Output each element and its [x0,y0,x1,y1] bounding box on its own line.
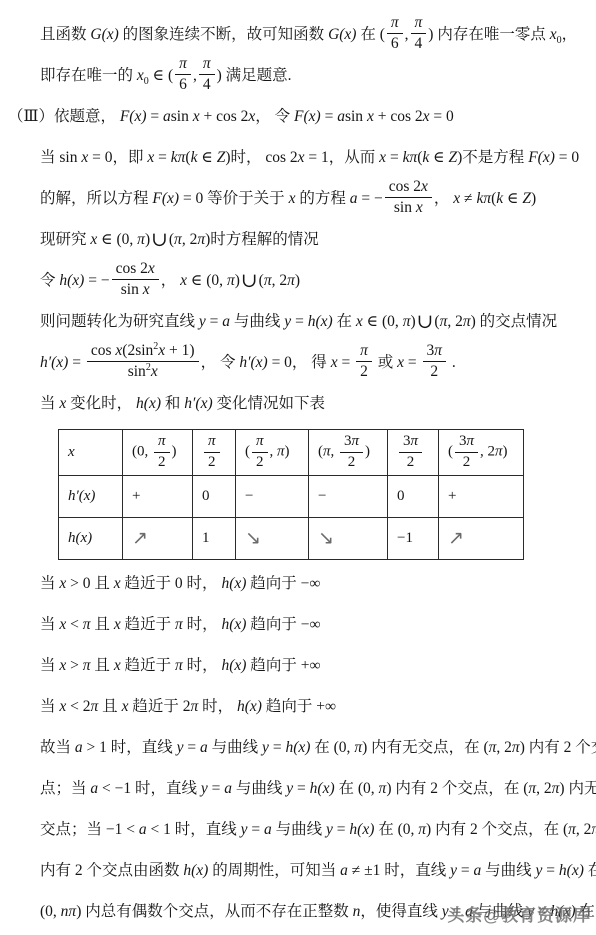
text: < −1 时，直线 [98,780,201,797]
text: 3 [344,433,352,449]
denominator: 2 [356,362,372,381]
math-variable: x [356,313,363,330]
math-variable: F(x) [528,149,555,166]
text: = − [84,272,109,289]
text: 2 [430,363,438,380]
text: = [542,862,559,879]
math-variable: h(x) [559,862,584,879]
table-cell: ↘ [309,517,388,559]
line-study-domain: 现研究 x ∈ (0, π)∪(π, 2π)时方程解的情况 [40,219,584,260]
text: （Ⅲ）依题意， [8,108,120,125]
line-limit-pi-left: 当 x < π 且 x 趋近于 π 时， h(x) 趋向于 −∞ [40,604,584,645]
fraction: cos 2xsin x [385,178,432,218]
text: 在 (0, [335,780,379,797]
text: ∈ (0, [187,272,227,289]
math-variable: x [397,354,404,371]
math-variable: π [175,616,183,633]
table-cell: + [439,475,524,517]
text: 当 [40,657,59,674]
math-variable: x [151,363,158,380]
text: sin [345,108,367,125]
math-variable: h(x) [285,739,310,756]
text: ∈ [197,149,216,166]
text: = 0 等价于关于 [179,190,289,207]
math-variable: a [75,739,83,756]
text: 2 [360,363,368,380]
math-variable: π [175,657,183,674]
text: 0 [202,488,210,504]
text: )不是方程 [457,149,528,166]
table-cell: + [123,475,193,517]
text: ≠ ±1 时，直线 [348,862,450,879]
math-variable: F(x) [120,108,147,125]
text: ∈ ( [149,67,173,84]
math-variable: h′(x) [239,354,267,371]
math-variable: a [200,739,208,756]
numerator: 3π [340,433,363,453]
decreasing-arrow-icon: ↘ [245,527,261,549]
text: 2 [463,454,471,470]
row-h: h(x)↗1↘↘−1↗ [59,517,524,559]
text: , 2 [536,780,552,797]
math-variable: h(x) [136,395,161,412]
math-variable: π [391,14,399,31]
line-limit-pi-right: 当 x > π 且 x 趋近于 π 时， h(x) 趋向于 +∞ [40,645,584,686]
table-cell: (π, 3π2) [309,430,388,476]
text: 交点；当 −1 < [40,821,139,838]
line-equivalent-equation: 的解，所以方程 F(x) = 0 等价于关于 x 的方程 a = −cos 2x… [40,178,584,219]
math-variable: π [197,231,205,248]
text: 趋向于 −∞ [246,575,320,592]
text: = [321,108,338,125]
math-variable: x [114,575,121,592]
text: = [291,313,308,330]
text: = [269,739,286,756]
math-variable: h(x) [349,821,374,838]
text: ， [562,26,578,43]
denominator: sin2x [87,362,199,381]
line-periodicity: 内有 2 个交点由函数 h(x) 的周期性，可知当 a ≠ ±1 时，直线 y … [40,850,584,891]
text: 趋向于 +∞ [262,698,336,715]
decreasing-arrow-icon: ↘ [318,527,334,549]
math-variable: x [331,354,338,371]
math-variable: x [421,178,428,195]
text: = [184,739,201,756]
math-variable: h(x) [308,313,333,330]
text: > [66,657,83,674]
text: = [248,821,265,838]
fraction: π2 [154,433,170,472]
text: 1 [202,530,210,546]
math-variable: h(x) [68,530,92,546]
math-variable: x [298,149,305,166]
text: 则问题转化为研究直线 [40,313,199,330]
text: 0 [397,488,405,504]
text: 且函数 [40,26,90,43]
table-cell: 0 [193,475,236,517]
text: 2 [208,454,216,470]
text: 与曲线 [208,739,262,756]
text: < [66,616,83,633]
denominator: sin x [112,280,159,299]
text: 现研究 [40,231,90,248]
math-variable: π [227,272,235,289]
text: ( [245,444,250,460]
math-variable: y [199,313,206,330]
math-variable: π [323,444,331,460]
fraction: π2 [252,433,268,472]
math-variable: π [411,433,419,449]
row-header-cell: h(x) [59,517,123,559]
solution-text-bottom: 当 x > 0 且 x 趋近于 0 时， h(x) 趋向于 −∞当 x < π … [40,563,584,932]
text: 当 sin [40,149,81,166]
math-variable: h(x) [222,657,247,674]
math-variable: kπ [476,190,491,207]
text: 变化时， [66,395,136,412]
text: 2 [407,454,415,470]
text: 和 [161,395,184,412]
text: 与曲线 [232,780,286,797]
text: 趋近于 0 时， [121,575,222,592]
text: 且 [98,698,121,715]
union-symbol: ∪ [416,311,435,333]
table-cell: 1 [193,517,236,559]
math-variable: x [148,260,155,277]
increasing-arrow-icon: ↗ [448,527,464,549]
math-variable: π [83,657,91,674]
text: = [154,149,171,166]
text: < 1 时，直线 [147,821,241,838]
denominator: 2 [154,453,170,472]
text: ) 内无 [559,780,596,797]
text: = [293,780,310,797]
text: 时， [183,616,222,633]
text: ， 令 [201,354,240,371]
text: 在 (0, [310,739,354,756]
numerator: π [204,433,220,453]
fraction: π6 [387,14,403,54]
variation-table-body: x(0, π2)π2(π2, π)(π, 3π2)3π2(3π2, 2π)h′(… [59,430,524,560]
math-variable: Z [522,190,531,207]
text: ) 满足题意. [217,67,292,84]
math-variable: y [201,780,208,797]
math-variable: G(x) [328,26,356,43]
text: (2sin [122,342,153,359]
text: , 2 [182,231,198,248]
math-variable: π [179,55,187,72]
text: = 0 [555,149,579,166]
text: = [333,821,350,838]
numerator: cos 2x [385,178,432,198]
text: ) 内有 2 个交 [520,739,596,756]
text: ) 内有无交点，在 ( [362,739,489,756]
text: 在 (0, [374,821,418,838]
math-variable: kπ [403,149,418,166]
text: , 2 [272,272,288,289]
row-header-cell: x [59,430,123,476]
text: )时， cos 2 [225,149,297,166]
line-limit-near-0: 当 x > 0 且 x 趋近于 0 时， h(x) 趋向于 −∞ [40,563,584,604]
table-cell: 0 [388,475,439,517]
math-variable: y [326,821,333,838]
text: 6 [391,35,399,52]
text: 即存在唯一的 [40,67,137,84]
math-variable: x [416,199,423,216]
math-variable: π [256,433,264,449]
math-variable: y [262,739,269,756]
watermark: 头条@教育资源库 [447,901,591,926]
text: ) 内有 2 个交点，在 ( [426,821,568,838]
text: cos [91,342,116,359]
text: 趋向于 −∞ [246,616,320,633]
table-cell: ↘ [236,517,309,559]
line-unique-x0: 即存在唯一的 x0 ∈ (π6,π4) 满足题意. [40,55,584,96]
denominator: sin x [385,198,432,217]
text: . [448,354,456,371]
fraction: π4 [199,55,215,95]
math-variable: x [143,281,150,298]
denominator: 2 [423,362,447,381]
math-variable: π [528,780,536,797]
text: = [208,780,225,797]
text: 2 [256,454,264,470]
line-case-a-gt-1: 故当 a > 1 时，直线 y = a 与曲线 y = h(x) 在 (0, π… [40,727,584,768]
math-variable: a [224,780,232,797]
math-variable: Z [449,149,458,166]
text: 当 [40,395,59,412]
numerator: π [411,14,427,34]
document-page: 且函数 G(x) 的图象连续不断，故可知函数 G(x) 在 (π6,π4) 内存… [0,0,596,935]
text: 的方程 [295,190,349,207]
text: sin [394,199,416,216]
denominator: 2 [340,453,363,472]
math-variable: y [450,862,457,879]
text: cos 2 [389,178,421,195]
table-cell: ↗ [123,517,193,559]
text: ) [295,272,300,289]
math-variable: x [423,108,430,125]
numerator: π [154,433,170,453]
fraction: 3π2 [340,433,363,472]
line-g-continuous: 且函数 G(x) 的图象连续不断，故可知函数 G(x) 在 (π6,π4) 内存… [40,14,584,55]
text: + cos 2 [200,108,249,125]
math-variable: y [177,739,184,756]
table-cell: −1 [388,517,439,559]
math-variable: F(x) [294,108,321,125]
table-cell: − [236,475,309,517]
math-variable: h(x) [237,698,262,715]
line-limit-2pi: 当 x < 2π 且 x 趋近于 2π 时， h(x) 趋向于 +∞ [40,686,584,727]
text: ) 的交点情况 [471,313,558,330]
fraction: π6 [175,55,191,95]
math-variable: h(x) [222,616,247,633]
denominator: 2 [455,453,478,472]
math-variable: h(x) [310,780,335,797]
math-variable: a [222,313,230,330]
math-variable: x [68,444,75,460]
math-variable: π [158,433,166,449]
text: cos 2 [116,260,148,277]
math-variable: π [354,739,362,756]
text: ) [285,444,290,460]
increasing-arrow-icon: ↗ [132,527,148,549]
text: + [448,488,456,504]
math-variable: h′(x) [184,395,212,412]
text: ) 内有 2 个交点，在 ( [386,780,528,797]
math-variable: nπ [61,903,77,920]
text: = 0，即 [88,149,147,166]
math-variable: π [415,14,423,31]
table-cell: (3π2, 2π) [439,430,524,476]
math-variable: π [591,821,596,838]
text: 内有 2 个交点由函数 [40,862,183,879]
text: ) [365,444,370,460]
math-variable: kπ [171,149,186,166]
text: −1 [397,530,413,546]
math-variable: h(x) [221,575,246,592]
text: (0, [40,903,61,920]
denominator: 4 [411,34,427,53]
math-variable: π [495,444,503,460]
text: − [318,488,326,504]
numerator: 3π [455,433,478,453]
text: = − [357,190,382,207]
numerator: 3π [399,433,422,453]
table-cell: ↗ [439,517,524,559]
text: 趋近于 [121,616,175,633]
text: ，使得直线 [360,903,441,920]
text: = 0 [430,108,454,125]
math-variable: x [550,26,557,43]
text: )时方程解的情况 [205,231,319,248]
text: sin [121,281,143,298]
text: , [193,67,197,84]
text: 在 [333,313,356,330]
math-variable: F(x) [152,190,179,207]
text: 当 [40,698,59,715]
text: ， [434,190,453,207]
math-variable: π [203,55,211,72]
text: 且 [91,657,114,674]
line-problem-transform: 则问题转化为研究直线 y = a 与曲线 y = h(x) 在 x ∈ (0, … [40,301,584,342]
math-variable: h′(x) [68,488,95,504]
math-variable: π [137,231,145,248]
text: , [270,444,278,460]
text: 变化情况如下表 [213,395,325,412]
math-variable: π [264,272,272,289]
math-variable: π [360,342,368,359]
fraction: π2 [204,433,220,472]
text: , 2 [480,444,495,460]
math-variable: π [418,821,426,838]
text: 与曲线 [481,862,535,879]
text: ) 内总有偶数个交点，从而不存在正整数 [76,903,352,920]
math-variable: h(x) [59,272,84,289]
math-variable: π [512,739,520,756]
math-variable: π [287,272,295,289]
math-variable: π [568,821,576,838]
text: = [338,354,355,371]
math-variable: π [208,433,216,449]
text: 4 [415,35,423,52]
text: = [206,313,223,330]
math-variable: π [83,616,91,633]
text: 趋向于 +∞ [246,657,320,674]
text: 与曲线 [230,313,284,330]
row-h-prime: h′(x)+0−−0+ [59,475,524,517]
text: 3 [403,433,411,449]
line-case-a-lt-neg1: 点；当 a < −1 时，直线 y = a 与曲线 y = h(x) 在 (0,… [40,768,584,809]
text: 点；当 [40,780,90,797]
math-variable: a [264,821,272,838]
math-variable: x [367,108,374,125]
math-variable: π [434,342,442,359]
text: 当 [40,575,59,592]
math-variable: π [352,433,360,449]
math-variable: π [277,444,285,460]
math-variable: x [114,616,121,633]
text: 时， [198,698,237,715]
text: (0, [132,444,152,460]
text: 趋近于 [121,657,175,674]
line-case-a-between: 交点；当 −1 < a < 1 时，直线 y = a 与曲线 y = h(x) … [40,809,584,850]
union-symbol: ∪ [240,270,259,292]
text: ∈ [503,190,522,207]
text: ) 内存在唯一零点 [428,26,549,43]
text: 趋近于 2 [128,698,190,715]
text: ) [531,190,536,207]
denominator: 2 [204,453,220,472]
text: 6 [179,76,187,93]
text: 当 [40,616,59,633]
variation-table: x(0, π2)π2(π2, π)(π, 3π2)3π2(3π2, 2π)h′(… [58,429,524,560]
union-symbol: ∪ [150,229,169,251]
math-variable: y [241,821,248,838]
line-define-h: 令 h(x) = −cos 2xsin x， x ∈ (0, π)∪(π, 2π… [40,260,584,301]
fraction: cos x(2sin2x + 1)sin2x [87,342,199,382]
text: ∈ (0, [363,313,403,330]
denominator: 4 [199,75,215,94]
math-variable: a [163,108,171,125]
text: 故当 [40,739,75,756]
table-cell: (0, π2) [123,430,193,476]
text: = [147,108,164,125]
numerator: π [199,55,215,75]
text: ≠ [460,190,476,207]
denominator: 2 [252,453,268,472]
text: , 2 [447,313,463,330]
math-variable: a [139,821,147,838]
text: 4 [203,76,211,93]
numerator: π [175,55,191,75]
numerator: 3π [423,342,447,362]
fraction: π2 [356,342,372,382]
math-variable: a [90,780,98,797]
text: 且 [91,616,114,633]
fraction: cos 2xsin x [112,260,159,300]
solution-text-top: 且函数 G(x) 的图象连续不断，故可知函数 G(x) 在 (π6,π4) 内存… [40,14,584,424]
text: = 1，从而 [305,149,380,166]
text: = [68,354,85,371]
text: + 1) [165,342,194,359]
denominator: 2 [399,453,422,472]
math-variable: x [180,272,187,289]
fraction: 3π2 [399,433,422,472]
table-cell: (π2, π) [236,430,309,476]
math-variable: x [114,657,121,674]
fraction: 3π2 [423,342,447,382]
text: 2 [158,454,166,470]
